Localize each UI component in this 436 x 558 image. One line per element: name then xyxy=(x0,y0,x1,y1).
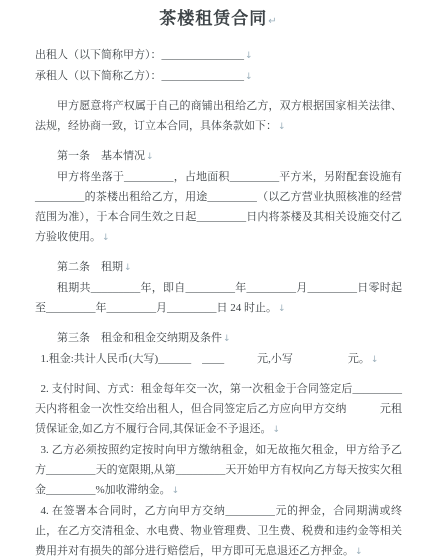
paragraph-heading: 第三条 租金和租金交纳期及条件↓ xyxy=(35,328,402,349)
document-title: 茶楼租赁合同↵ xyxy=(35,8,402,33)
paragraph-mark-icon: ↵ xyxy=(267,16,277,27)
document-title-text: 茶楼租赁合同 xyxy=(159,9,267,28)
paragraph-text: 第三条 租金和租金交纳期及条件 xyxy=(57,332,222,344)
paragraph-mark-icon: ↓ xyxy=(277,122,286,132)
paragraph-mark-icon: ↓ xyxy=(244,72,253,82)
paragraph-mark-icon: ↓ xyxy=(370,355,379,365)
paragraph-text: 甲方愿意将产权属于自己的商铺出租给乙方，双方根据国家相关法律、法规，经协商一致，… xyxy=(35,100,402,132)
paragraph-item: 2. 支付时间、方式：租金每年交一次，第一次租金于合同签定后_________天… xyxy=(35,379,402,440)
paragraph-text: 第二条 租期 xyxy=(57,261,123,273)
paragraph-item: 3. 乙方必须按照约定按时向甲方缴纳租金，如无故拖欠租金，甲方给予乙方_____… xyxy=(35,440,402,501)
paragraph-text: 第一条 基本情况 xyxy=(57,150,145,162)
paragraph-text: 承租人（以下简称乙方）：_______________ xyxy=(35,70,244,82)
paragraph-mark-icon: ↓ xyxy=(222,334,231,344)
paragraph-text: 2. 支付时间、方式：租金每年交一次，第一次租金于合同签定后_________天… xyxy=(35,383,402,435)
contract-document-page: 茶楼租赁合同↵ 出租人（以下简称甲方）：_______________↓承租人（… xyxy=(0,0,436,558)
paragraph-mark-icon: ↓ xyxy=(171,486,180,496)
paragraph-heading: 第二条 租期↓ xyxy=(35,257,402,278)
document-body: 出租人（以下简称甲方）：_______________↓承租人（以下简称乙方）：… xyxy=(35,45,402,558)
paragraph-item: 4. 在签署本合同时，乙方向甲方交纳_________元的押金，合同期满或终止，… xyxy=(35,501,402,558)
paragraph-mark-icon: ↓ xyxy=(145,152,154,162)
paragraph-text: 1.租金:共计人民币(大写)______ ____ 元,小写 元。 xyxy=(41,353,370,365)
paragraph-mark-icon: ↓ xyxy=(277,304,286,314)
paragraph-text: 出租人（以下简称甲方）：_______________ xyxy=(35,49,244,61)
paragraph-clause: 甲方将坐落于_________，占地面积_________平方米，另附配套设施有… xyxy=(35,167,402,248)
paragraph-clause: 租期共_________年，即自_________年_________月____… xyxy=(35,278,402,319)
paragraph-intro: 甲方愿意将产权属于自己的商铺出租给乙方，双方根据国家相关法律、法规，经协商一致，… xyxy=(35,96,402,137)
paragraph-text: 租期共_________年，即自_________年_________月____… xyxy=(35,282,402,314)
paragraph-mark-icon: ↓ xyxy=(101,233,110,243)
paragraph-text: 4. 在签署本合同时，乙方向甲方交纳_________元的押金，合同期满或终止，… xyxy=(35,505,402,557)
paragraph-mark-icon: ↓ xyxy=(123,263,132,273)
paragraph-text: 3. 乙方必须按照约定按时向甲方缴纳租金，如无故拖欠租金，甲方给予乙方_____… xyxy=(35,444,402,496)
paragraph-mark-icon: ↓ xyxy=(354,547,363,557)
paragraph-field: 承租人（以下简称乙方）：_______________↓ xyxy=(35,66,402,87)
paragraph-field: 出租人（以下简称甲方）：_______________↓ xyxy=(35,45,402,66)
paragraph-text: 甲方将坐落于_________，占地面积_________平方米，另附配套设施有… xyxy=(35,171,402,243)
paragraph-mark-icon: ↓ xyxy=(272,425,281,435)
paragraph-item: 1.租金:共计人民币(大写)______ ____ 元,小写 元。↓ xyxy=(35,349,402,370)
paragraph-mark-icon: ↓ xyxy=(244,51,253,61)
paragraph-heading: 第一条 基本情况↓ xyxy=(35,146,402,167)
